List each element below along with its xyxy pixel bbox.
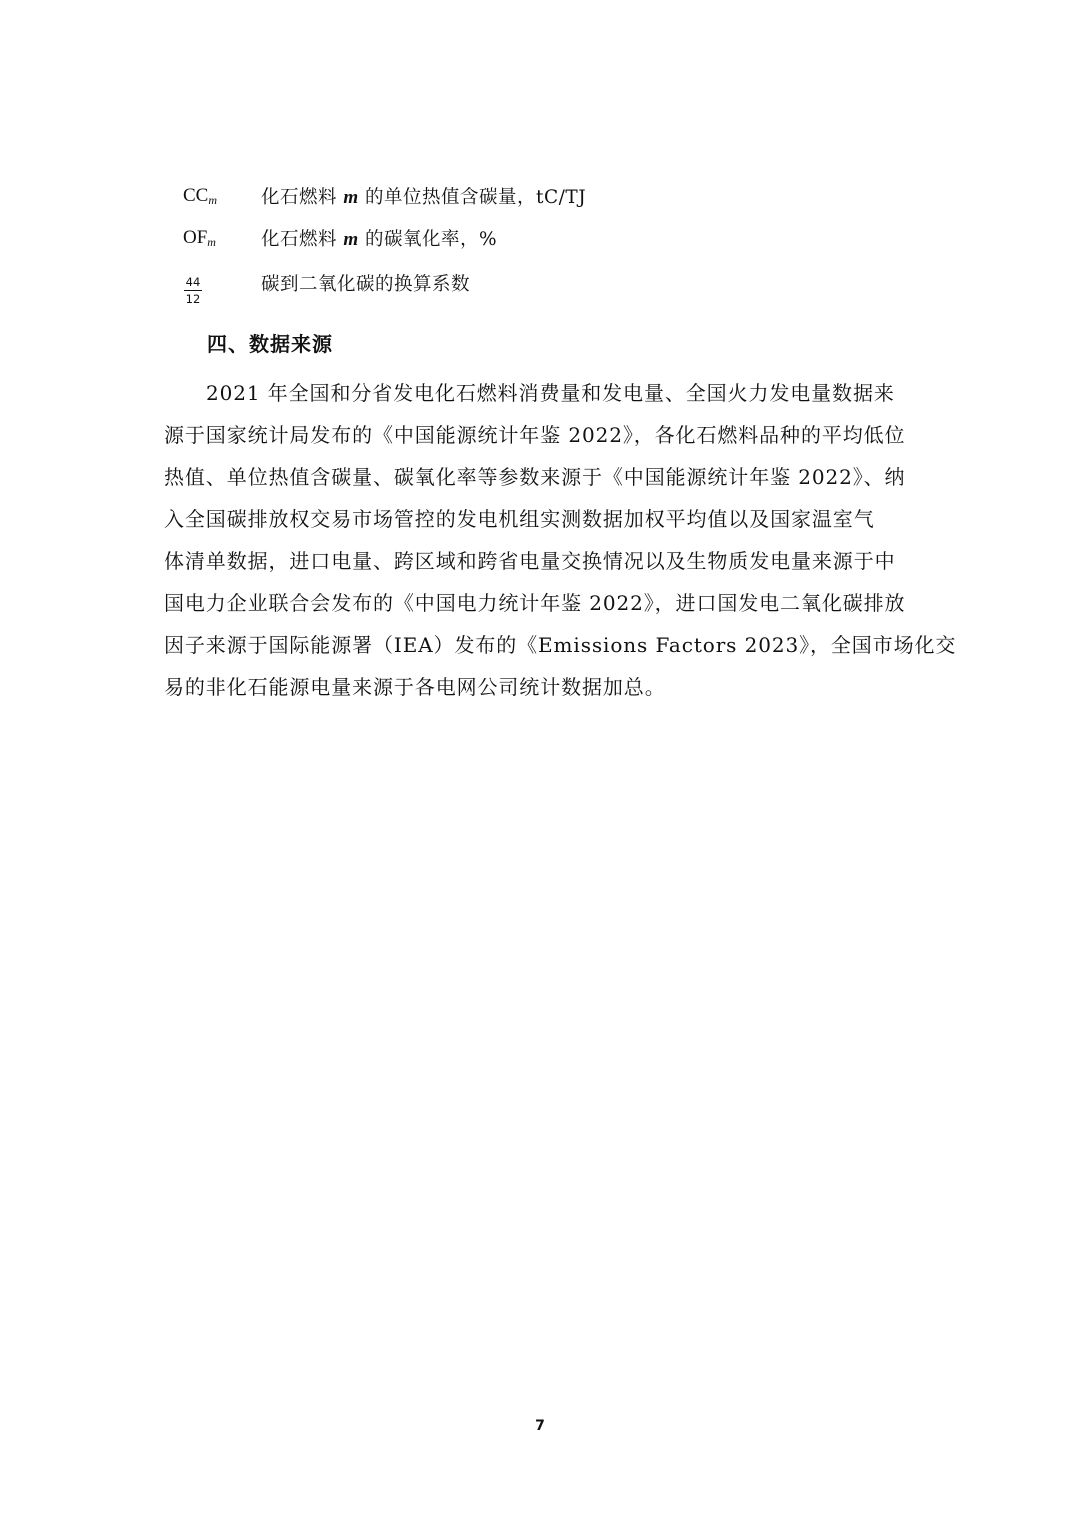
fraction-denominator: 12: [186, 291, 201, 306]
paragraph-line: 2021 年全国和分省发电化石燃料消费量和发电量、全国火力发电量数据来: [164, 376, 919, 418]
paragraph-line: 源于国家统计局发布的《中国能源统计年鉴 2022》，各化石燃料品种的平均低位: [164, 418, 919, 460]
fraction-44-12: 44 12: [183, 270, 261, 306]
symbol-of: OFm: [183, 227, 261, 250]
definition-cc: CCm 化石燃料 m 的单位热值含碳量，tC/TJ: [183, 181, 586, 211]
paragraph-line: 热值、单位热值含碳量、碳氧化率等参数来源于《中国能源统计年鉴 2022》、纳: [164, 460, 919, 502]
section-heading: 四、数据来源: [207, 328, 333, 357]
paragraph-line: 因子来源于国际能源署（IEA）发布的《Emissions Factors 202…: [164, 628, 919, 670]
document-page: CCm 化石燃料 m 的单位热值含碳量，tC/TJ OFm 化石燃料 m 的碳氧…: [0, 0, 1080, 1528]
page-number: 7: [0, 1418, 1080, 1434]
paragraph-line: 入全国碳排放权交易市场管控的发电机组实测数据加权平均值以及国家温室气: [164, 502, 919, 544]
paragraph-line: 国电力企业联合会发布的《中国电力统计年鉴 2022》，进口国发电二氧化碳排放: [164, 586, 919, 628]
definition-of: OFm 化石燃料 m 的碳氧化率，%: [183, 223, 497, 253]
data-source-paragraph: 2021 年全国和分省发电化石燃料消费量和发电量、全国火力发电量数据来 源于国家…: [164, 376, 919, 712]
definition-conversion-factor: 44 12 碳到二氧化碳的换算系数: [183, 268, 470, 308]
paragraph-line: 体清单数据，进口电量、跨区域和跨省电量交换情况以及生物质发电量来源于中: [164, 544, 919, 586]
symbol-cc: CCm: [183, 185, 261, 208]
definition-conversion-description: 碳到二氧化碳的换算系数: [261, 270, 470, 296]
fraction-numerator: 44: [184, 276, 202, 291]
definition-cc-description: 化石燃料 m 的单位热值含碳量，tC/TJ: [261, 183, 586, 209]
paragraph-line: 易的非化石能源电量来源于各电网公司统计数据加总。: [164, 670, 919, 712]
definition-of-description: 化石燃料 m 的碳氧化率，%: [261, 225, 497, 251]
